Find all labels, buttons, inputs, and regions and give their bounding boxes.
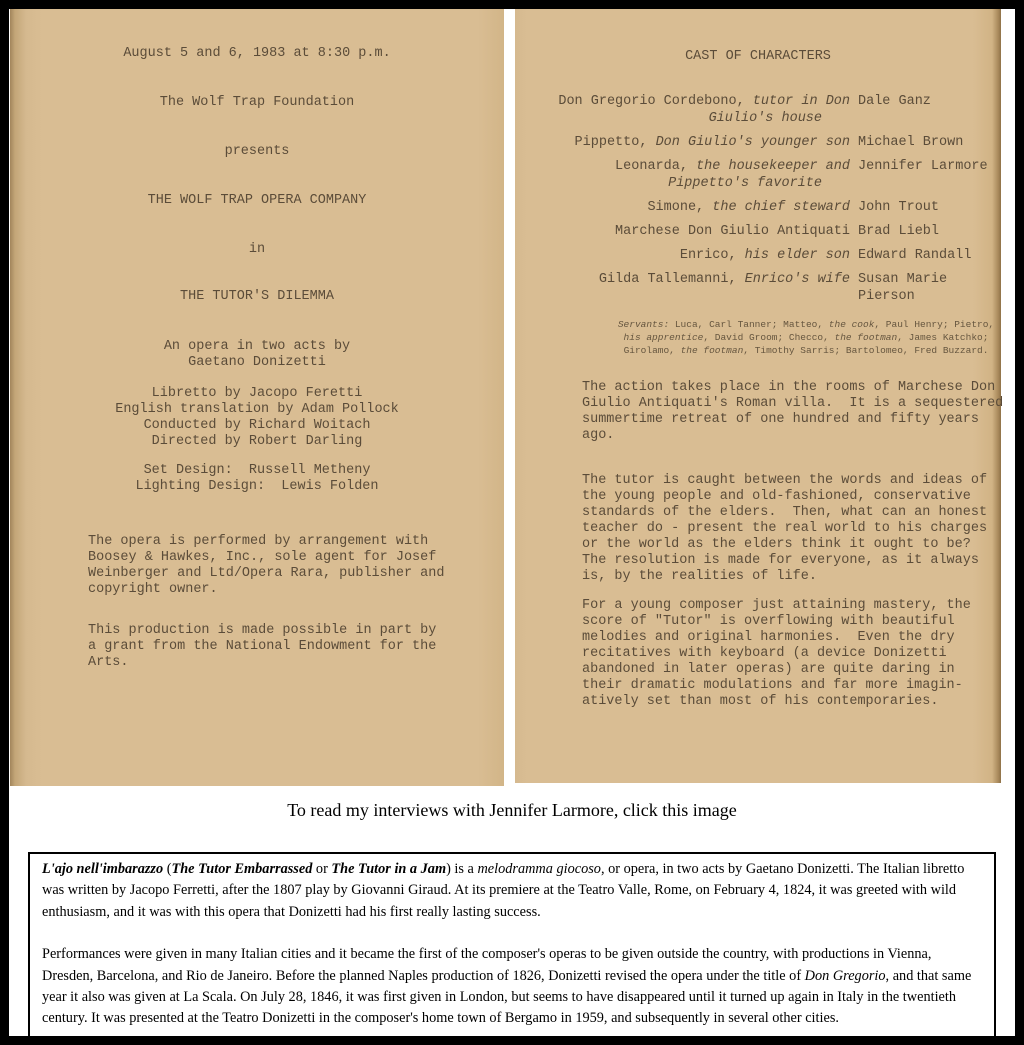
composer-credit: An opera in two acts by Gaetano Donizett… (10, 339, 504, 371)
page-frame: August 5 and 6, 1983 at 8:30 p.m. The Wo… (0, 0, 1024, 1045)
cast-performer: Dale Ganz (858, 93, 993, 127)
servants-line: Servants: Luca, Carl Tanner; Matteo, the… (611, 318, 1001, 331)
cast-list: Don Gregorio Cordebono, tutor in DonGiul… (545, 93, 995, 312)
opera-title: THE TUTOR'S DILEMMA (10, 289, 504, 305)
music-paragraph: For a young composer just attaining mast… (582, 598, 1024, 710)
servants-note: Servants: Luca, Carl Tanner; Matteo, the… (611, 318, 1001, 357)
design-credits: Set Design: Russell Metheny Lighting Des… (10, 463, 504, 495)
cast-performer: Michael Brown (858, 134, 993, 151)
cast-row: Don Gregorio Cordebono, tutor in DonGiul… (545, 93, 995, 127)
in-word: in (10, 242, 504, 258)
cast-row: Gilda Tallemanni, Enrico's wifeSusan Mar… (545, 271, 995, 305)
program-left-page: August 5 and 6, 1983 at 8:30 p.m. The Wo… (10, 9, 504, 786)
cast-row: Enrico, his elder sonEdward Randall (545, 247, 995, 264)
grant-paragraph: This production is made possible in part… (88, 623, 528, 671)
program-scan-image-link[interactable]: August 5 and 6, 1983 at 8:30 p.m. The Wo… (9, 9, 1015, 789)
caption-text: To read my interviews with Jennifer Larm… (9, 799, 1015, 821)
info-box-paragraph: Performances were given in many Italian … (42, 944, 982, 1030)
arrangement-paragraph: The opera is performed by arrangement wi… (88, 534, 528, 598)
cast-heading: CAST OF CHARACTERS (515, 49, 1001, 65)
setting-paragraph: The action takes place in the rooms of M… (582, 380, 1024, 444)
servants-line: Girolamo, the footman, Timothy Sarris; B… (611, 344, 1001, 357)
cast-role: Simone, the chief steward (545, 199, 850, 216)
cast-row: Simone, the chief stewardJohn Trout (545, 199, 995, 216)
cast-role: Marchese Don Giulio Antiquati (545, 223, 850, 240)
cast-performer: Edward Randall (858, 247, 993, 264)
performance-date: August 5 and 6, 1983 at 8:30 p.m. (10, 46, 504, 62)
opera-info-box: L'ajo nell'imbarazzo (The Tutor Embarras… (28, 852, 996, 1041)
program-right-page: CAST OF CHARACTERS Don Gregorio Cordebon… (515, 9, 1001, 783)
cast-row: Marchese Don Giulio AntiquatiBrad Liebl (545, 223, 995, 240)
cast-row: Leonarda, the housekeeper andPippetto's … (545, 158, 995, 192)
cast-role: Don Gregorio Cordebono, tutor in DonGiul… (545, 93, 850, 127)
cast-role: Leonarda, the housekeeper andPippetto's … (545, 158, 850, 192)
cast-performer: Brad Liebl (858, 223, 993, 240)
cast-performer: Jennifer Larmore (858, 158, 993, 192)
presenter-name: The Wolf Trap Foundation (10, 95, 504, 111)
dilemma-paragraph: The tutor is caught between the words an… (582, 473, 1024, 585)
info-box-paragraph: L'ajo nell'imbarazzo (The Tutor Embarras… (42, 859, 982, 923)
cast-performer: John Trout (858, 199, 993, 216)
cast-performer: Susan Marie Pierson (858, 271, 993, 305)
staff-credits: Libretto by Jacopo Feretti English trans… (10, 386, 504, 450)
cast-role: Enrico, his elder son (545, 247, 850, 264)
servants-line: his apprentice, David Groom; Checco, the… (611, 331, 1001, 344)
presents-word: presents (10, 144, 504, 160)
cast-role: Pippetto, Don Giulio's younger son (545, 134, 850, 151)
cast-row: Pippetto, Don Giulio's younger sonMichae… (545, 134, 995, 151)
cast-role: Gilda Tallemanni, Enrico's wife (545, 271, 850, 305)
opera-company-name: THE WOLF TRAP OPERA COMPANY (10, 193, 504, 209)
